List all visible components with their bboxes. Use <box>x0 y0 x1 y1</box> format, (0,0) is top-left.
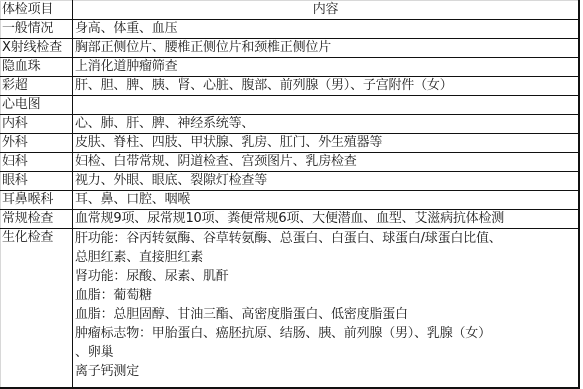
row-content: 耳、鼻、口腔、咽喉 <box>73 191 580 210</box>
biochem-line: 肾功能：尿酸、尿素、肌酐 <box>75 267 578 286</box>
header-item: 体检项目 <box>1 1 73 20</box>
table-row: 耳鼻喉科 耳、鼻、口腔、咽喉 <box>1 191 580 210</box>
row-item: 一般情况 <box>1 20 73 39</box>
row-item: 内科 <box>1 115 73 134</box>
row-item: X射线检查 <box>1 39 73 58</box>
table-row: 妇科 妇检、白带常规、阴道检查、宫颈图片、乳房检查 <box>1 153 580 172</box>
biochem-line: 血脂：总胆固醇、甘油三酯、高密度脂蛋白、低密度脂蛋白 <box>75 305 578 324</box>
table-row: X射线检查 胸部正侧位片、腰椎正侧位片和颈椎正侧位片 <box>1 39 580 58</box>
row-item: 隐血珠 <box>1 58 73 77</box>
biochem-line: 血脂：葡萄糖 <box>75 286 578 305</box>
row-item: 心电图 <box>1 96 73 115</box>
biochem-content: 肝功能：谷丙转氨酶、谷草转氨酶、总蛋白、白蛋白、球蛋白/球蛋白比值、 总胆红素、… <box>73 229 580 389</box>
table-row: 隐血珠 上消化道肿瘤筛查 <box>1 58 580 77</box>
table-row: 一般情况 身高、体重、血压 <box>1 20 580 39</box>
biochem-line: 总胆红素、直接胆红素 <box>75 248 578 267</box>
row-content: 上消化道肿瘤筛查 <box>73 58 580 77</box>
table-row: 常规检查 血常规9项、尿常规10项、粪便常规6项、大便潜血、血型、艾滋病抗体检测 <box>1 210 580 229</box>
row-item: 眼科 <box>1 172 73 191</box>
biochem-line: 、卵巢 <box>75 343 578 362</box>
biochem-line: 肿瘤标志物：甲胎蛋白、癌胚抗原、结肠、胰、前列腺（男）、乳腺（女） <box>75 324 578 343</box>
physical-exam-table: 体检项目 内容 一般情况 身高、体重、血压 X射线检查 胸部正侧位片、腰椎正侧位… <box>0 0 580 389</box>
row-item: 常规检查 <box>1 210 73 229</box>
row-content: 心、肺、肝、脾、神经系统等、 <box>73 115 580 134</box>
row-content: 身高、体重、血压 <box>73 20 580 39</box>
row-item: 彩超 <box>1 77 73 96</box>
row-content: 皮肤、脊柱、四肢、甲状腺、乳房、肛门、外生殖器等 <box>73 134 580 153</box>
header-content: 内容 <box>73 1 580 20</box>
table-row: 彩超 肝、胆、脾、胰、肾、心脏、腹部、前列腺（男）、子宫附件（女） <box>1 77 580 96</box>
table-row-biochem: 生化检查 肝功能：谷丙转氨酶、谷草转氨酶、总蛋白、白蛋白、球蛋白/球蛋白比值、 … <box>1 229 580 389</box>
table-row: 内科 心、肺、肝、脾、神经系统等、 <box>1 115 580 134</box>
table-row: 心电图 <box>1 96 580 115</box>
row-item: 外科 <box>1 134 73 153</box>
row-content: 血常规9项、尿常规10项、粪便常规6项、大便潜血、血型、艾滋病抗体检测 <box>73 210 580 229</box>
row-content: 视力、外眼、眼底、裂隙灯检查等 <box>73 172 580 191</box>
table-row: 外科 皮肤、脊柱、四肢、甲状腺、乳房、肛门、外生殖器等 <box>1 134 580 153</box>
biochem-line: 离子钙测定 <box>75 362 578 381</box>
row-content: 肝、胆、脾、胰、肾、心脏、腹部、前列腺（男）、子宫附件（女） <box>73 77 580 96</box>
row-item: 生化检查 <box>1 229 73 389</box>
row-content: 妇检、白带常规、阴道检查、宫颈图片、乳房检查 <box>73 153 580 172</box>
row-item: 耳鼻喉科 <box>1 191 73 210</box>
biochem-line: 肝功能：谷丙转氨酶、谷草转氨酶、总蛋白、白蛋白、球蛋白/球蛋白比值、 <box>75 229 578 248</box>
row-item: 妇科 <box>1 153 73 172</box>
row-content: 胸部正侧位片、腰椎正侧位片和颈椎正侧位片 <box>73 39 580 58</box>
row-content <box>73 96 580 115</box>
table-row: 眼科 视力、外眼、眼底、裂隙灯检查等 <box>1 172 580 191</box>
table-header-row: 体检项目 内容 <box>1 1 580 20</box>
